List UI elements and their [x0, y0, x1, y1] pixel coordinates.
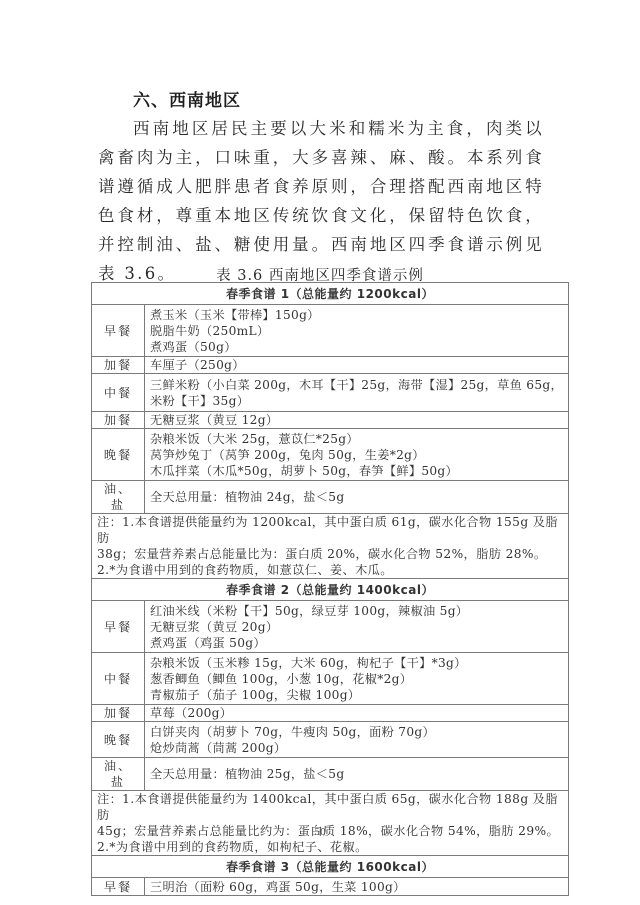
table-row: 早餐 红油米线（米粉【干】50g，绿豆芽 100g，辣椒油 5g） 无糖豆浆（黄… — [92, 601, 569, 653]
food-item: 草莓（200g） — [150, 705, 563, 721]
table-row: 晚餐 白饼夹肉（胡萝卜 70g，牛瘦肉 50g，面粉 70g） 炝炒茼蒿（茼蒿 … — [92, 722, 569, 758]
menu-title: 春季食谱 1（总能量约 1200kcal） — [92, 283, 569, 305]
food-item: 煮鸡蛋（鸡蛋 50g） — [150, 635, 563, 651]
food-item: 杂粮米饭（大米 25g，薏苡仁*25g） — [150, 431, 563, 447]
meal-label: 油、盐 — [92, 758, 145, 791]
meal-items: 无糖豆浆（黄豆 12g） — [145, 412, 569, 429]
food-item: 炝炒茼蒿（茼蒿 200g） — [150, 740, 563, 756]
food-item: 煮玉米（玉米【带棒】150g） — [150, 307, 563, 323]
menu-title-row: 春季食谱 2（总能量约 1400kcal） — [92, 579, 569, 601]
food-item: 脱脂牛奶（250mL） — [150, 323, 563, 339]
meal-items: 煮玉米（玉米【带棒】150g） 脱脂牛奶（250mL） 煮鸡蛋（50g） — [145, 305, 569, 357]
meal-items: 白饼夹肉（胡萝卜 70g，牛瘦肉 50g，面粉 70g） 炝炒茼蒿（茼蒿 200… — [145, 722, 569, 758]
food-item: 全天总用量：植物油 24g，盐＜5g — [150, 489, 563, 505]
food-item: 白饼夹肉（胡萝卜 70g，牛瘦肉 50g，面粉 70g） — [150, 724, 563, 740]
meal-label: 加餐 — [92, 412, 145, 429]
meal-label: 晚餐 — [92, 429, 145, 481]
food-item: 莴笋炒兔丁（莴笋 200g，兔肉 50g，生姜*2g） — [150, 447, 563, 463]
table-row: 晚餐 杂粮米饭（大米 25g，薏苡仁*25g） 莴笋炒兔丁（莴笋 200g，兔肉… — [92, 429, 569, 481]
menu-title-row: 春季食谱 3（总能量约 1600kcal） — [92, 856, 569, 878]
note-line: 2.*为食谱中用到的食药物质，如薏苡仁、姜、木瓜。 — [97, 562, 563, 578]
food-item: 青椒茄子（茄子 100g，尖椒 100g） — [150, 687, 563, 703]
meal-items: 草莓（200g） — [145, 705, 569, 722]
meal-label: 油、盐 — [92, 481, 145, 514]
table-row: 早餐 煮玉米（玉米【带棒】150g） 脱脂牛奶（250mL） 煮鸡蛋（50g） — [92, 305, 569, 357]
notes-row: 注：1.本食谱提供能量约为 1400kcal，其中蛋白质 65g，碳水化合物 1… — [92, 791, 569, 856]
table-row: 油、盐 全天总用量：植物油 25g，盐＜5g — [92, 758, 569, 791]
note-line: 38g；宏量营养素占总能量比为：蛋白质 20%，碳水化合物 52%，脂肪 28%… — [97, 546, 563, 562]
table-row: 加餐 无糖豆浆（黄豆 12g） — [92, 412, 569, 429]
table-row: 早餐 三明治（面粉 60g，鸡蛋 50g，生菜 100g） — [92, 878, 569, 896]
meal-label: 中餐 — [92, 374, 145, 412]
meal-items: 三鲜米粉（小白菜 200g，木耳【干】25g，海带【湿】25g，草鱼 65g， … — [145, 374, 569, 412]
page-number: 50 — [0, 828, 640, 838]
menu-title-row: 春季食谱 1（总能量约 1200kcal） — [92, 283, 569, 305]
food-item: 葱香鲫鱼（鲫鱼 100g，小葱 10g，花椒*2g） — [150, 671, 563, 687]
meal-label: 加餐 — [92, 705, 145, 722]
meal-label: 晚餐 — [92, 722, 145, 758]
menu-notes: 注：1.本食谱提供能量约为 1400kcal，其中蛋白质 65g，碳水化合物 1… — [92, 791, 569, 856]
table-row: 中餐 三鲜米粉（小白菜 200g，木耳【干】25g，海带【湿】25g，草鱼 65… — [92, 374, 569, 412]
meal-items: 三明治（面粉 60g，鸡蛋 50g，生菜 100g） — [145, 878, 569, 896]
menu-notes: 注：1.本食谱提供能量约为 1200kcal，其中蛋白质 61g，碳水化合物 1… — [92, 514, 569, 579]
food-item: 车厘子（250g） — [150, 357, 563, 373]
menu-table: 春季食谱 1（总能量约 1200kcal） 早餐 煮玉米（玉米【带棒】150g）… — [91, 282, 569, 896]
meal-items: 红油米线（米粉【干】50g，绿豆芽 100g，辣椒油 5g） 无糖豆浆（黄豆 2… — [145, 601, 569, 653]
notes-row: 注：1.本食谱提供能量约为 1200kcal，其中蛋白质 61g，碳水化合物 1… — [92, 514, 569, 579]
food-item: 杂粮米饭（玉米糁 15g，大米 60g，枸杞子【干】*3g） — [150, 655, 563, 671]
note-line: 注：1.本食谱提供能量约为 1200kcal，其中蛋白质 61g，碳水化合物 1… — [97, 514, 563, 546]
food-item: 无糖豆浆（黄豆 20g） — [150, 619, 563, 635]
note-line: 2.*为食谱中用到的食药物质，如枸杞子、花椒。 — [97, 839, 563, 855]
section-heading: 六、西南地区 — [133, 86, 241, 111]
meal-items: 车厘子（250g） — [145, 357, 569, 374]
food-item: 木瓜拌菜（木瓜*50g，胡萝卜 50g，春笋【鲜】50g） — [150, 463, 563, 479]
meal-items: 全天总用量：植物油 24g，盐＜5g — [145, 481, 569, 514]
meal-items: 杂粮米饭（玉米糁 15g，大米 60g，枸杞子【干】*3g） 葱香鲫鱼（鲫鱼 1… — [145, 653, 569, 705]
meal-label: 中餐 — [92, 653, 145, 705]
menu-title: 春季食谱 2（总能量约 1400kcal） — [92, 579, 569, 601]
food-item: 三鲜米粉（小白菜 200g，木耳【干】25g，海带【湿】25g，草鱼 65g， — [150, 377, 563, 393]
food-item: 三明治（面粉 60g，鸡蛋 50g，生菜 100g） — [150, 879, 563, 895]
food-item: 无糖豆浆（黄豆 12g） — [150, 412, 563, 428]
meal-items: 杂粮米饭（大米 25g，薏苡仁*25g） 莴笋炒兔丁（莴笋 200g，兔肉 50… — [145, 429, 569, 481]
table-row: 加餐 车厘子（250g） — [92, 357, 569, 374]
menu-title: 春季食谱 3（总能量约 1600kcal） — [92, 856, 569, 878]
meal-items: 全天总用量：植物油 25g，盐＜5g — [145, 758, 569, 791]
food-item: 红油米线（米粉【干】50g，绿豆芽 100g，辣椒油 5g） — [150, 603, 563, 619]
note-line: 注：1.本食谱提供能量约为 1400kcal，其中蛋白质 65g，碳水化合物 1… — [97, 791, 563, 823]
food-item: 米粉【干】35g） — [150, 393, 563, 409]
meal-label: 早餐 — [92, 305, 145, 357]
food-item: 全天总用量：植物油 25g，盐＜5g — [150, 766, 563, 782]
meal-label: 早餐 — [92, 878, 145, 896]
table-row: 油、盐 全天总用量：植物油 24g，盐＜5g — [92, 481, 569, 514]
intro-paragraph: 西南地区居民主要以大米和糯米为主食，肉类以禽畜肉为主，口味重，大多喜辣、麻、酸。… — [98, 114, 544, 288]
table-row: 加餐 草莓（200g） — [92, 705, 569, 722]
meal-label: 早餐 — [92, 601, 145, 653]
meal-label: 加餐 — [92, 357, 145, 374]
food-item: 煮鸡蛋（50g） — [150, 339, 563, 355]
table-row: 中餐 杂粮米饭（玉米糁 15g，大米 60g，枸杞子【干】*3g） 葱香鲫鱼（鲫… — [92, 653, 569, 705]
